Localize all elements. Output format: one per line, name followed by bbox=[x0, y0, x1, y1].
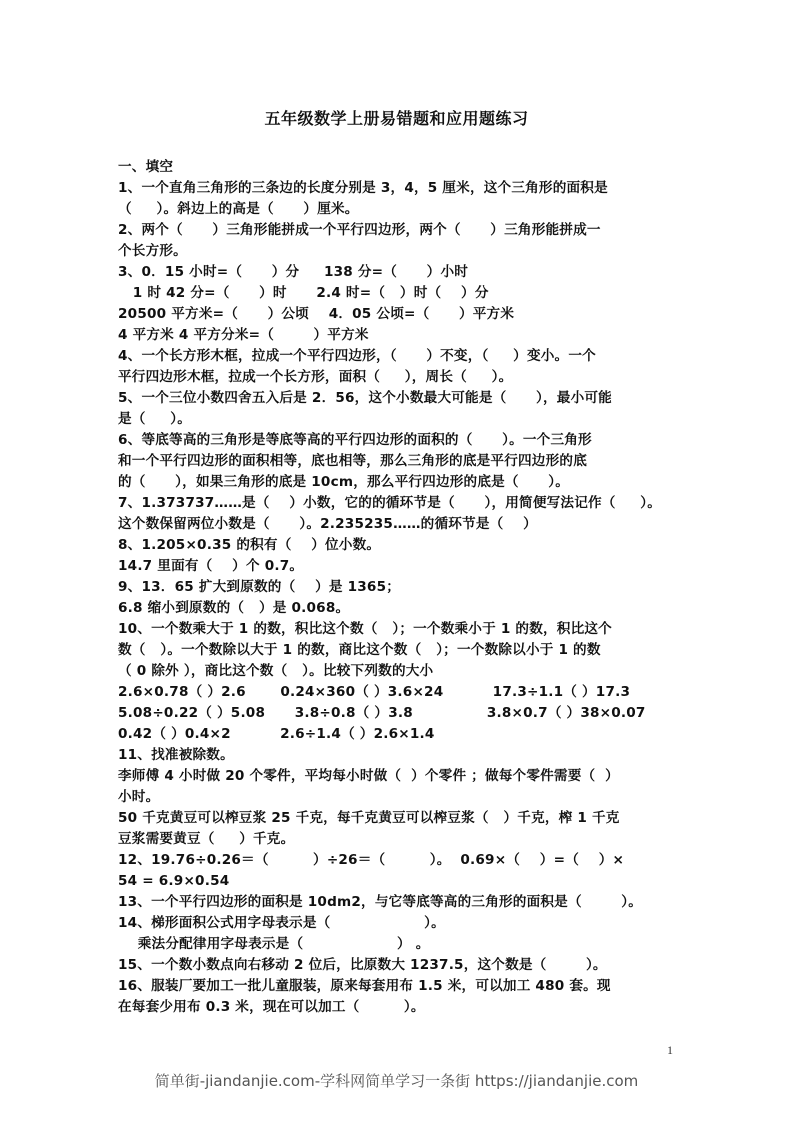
question-line: 14、梯形面积公式用字母表示是（ ）。 bbox=[118, 913, 683, 934]
page-number: 1 bbox=[667, 1043, 673, 1058]
question-line: 乘法分配律用字母表示是（ ） 。 bbox=[118, 934, 683, 955]
question-line: 4 平方米 4 平方分米=（ ）平方米 bbox=[118, 325, 683, 346]
question-line: 这个数保留两位小数是（ ）。2.235235……的循环节是（ ） bbox=[118, 514, 683, 535]
question-line: （ 0 除外 ），商比这个数（ ）。比较下列数的大小 bbox=[118, 661, 683, 682]
question-line: 4、一个长方形木框，拉成一个平行四边形，（ ）不变，（ ）变小。一个 bbox=[118, 346, 683, 367]
question-line: 14.7 里面有（ ）个 0.7。 bbox=[118, 556, 683, 577]
question-line: 个长方形。 bbox=[118, 241, 683, 262]
question-line: 8、1.205×0.35 的积有（ ）位小数。 bbox=[118, 535, 683, 556]
question-line: 小时。 bbox=[118, 787, 683, 808]
question-line: 豆浆需要黄豆（ ）千克。 bbox=[118, 829, 683, 850]
question-line: 9、13．65 扩大到原数的（ ）是 1365； bbox=[118, 577, 683, 598]
question-line: 1、一个直角三角形的三条边的长度分别是 3，4，5 厘米，这个三角形的面积是 bbox=[118, 178, 683, 199]
question-line: 的（ ），如果三角形的底是 10cm，那么平行四边形的底是（ ）。 bbox=[118, 472, 683, 493]
comparison-line: 5.08÷0.22（ ）5.08 3.8÷0.8（ ）3.8 3.8×0.7（ … bbox=[118, 703, 683, 724]
question-line: 在每套少用布 0.3 米，现在可以加工（ ）。 bbox=[118, 997, 683, 1018]
question-line: 54 = 6.9×0.54 bbox=[118, 871, 683, 892]
question-line: 11、找准被除数。 bbox=[118, 745, 683, 766]
question-line: 5、一个三位小数四舍五入后是 2．56，这个小数最大可能是（ ），最小可能 bbox=[118, 388, 683, 409]
question-line: 20500 平方米=（ ）公顷 4．05 公顷=（ ）平方米 bbox=[118, 304, 683, 325]
question-line: 1 时 42 分=（ ）时 2.4 时=（ ）时（ ）分 bbox=[118, 283, 683, 304]
comparison-line: 0.42（ ）0.4×2 2.6÷1.4（ ）2.6×1.4 bbox=[118, 724, 683, 745]
question-line: （ ）。斜边上的高是（ ）厘米。 bbox=[118, 199, 683, 220]
question-line: 3、0．15 小时=（ ）分 138 分=（ ）小时 bbox=[118, 262, 683, 283]
question-line: 10、一个数乘大于 1 的数，积比这个数（ ）；一个数乘小于 1 的数，积比这个 bbox=[118, 619, 683, 640]
question-line: 7、1.373737……是（ ）小数，它的的循环节是（ ），用简便写法记作（ ）… bbox=[118, 493, 683, 514]
question-line: 15、一个数小数点向右移动 2 位后，比原数大 1237.5，这个数是（ ）。 bbox=[118, 955, 683, 976]
question-line: 平行四边形木框，拉成一个长方形，面积（ ），周长（ ）。 bbox=[118, 367, 683, 388]
question-line: 16、服装厂要加工一批儿童服装，原来每套用布 1.5 米，可以加工 480 套。… bbox=[118, 976, 683, 997]
footer-watermark: 简单街-jiandanjie.com-学科网简单学习一条街 https://ji… bbox=[0, 1070, 793, 1091]
question-line: 6.8 缩小到原数的（ ）是 0.068。 bbox=[118, 598, 683, 619]
question-line: 12、19.76÷0.26＝（ ）÷26＝（ ）。 0.69×（ ）=（ ）× bbox=[118, 850, 683, 871]
question-line: 13、一个平行四边形的面积是 10dm2，与它等底等高的三角形的面积是（ ）。 bbox=[118, 892, 683, 913]
document-body: 一、填空 1、一个直角三角形的三条边的长度分别是 3，4，5 厘米，这个三角形的… bbox=[118, 157, 683, 1018]
question-line: 李师傅 4 小时做 20 个零件，平均每小时做（ ）个零件 ；做每个零件需要（ … bbox=[118, 766, 683, 787]
question-line: 6、等底等高的三角形是等底等高的平行四边形的面积的（ ）。一个三角形 bbox=[118, 430, 683, 451]
section-heading: 一、填空 bbox=[118, 157, 683, 178]
question-line: 是（ ）。 bbox=[118, 409, 683, 430]
comparison-line: 2.6×0.78（ ）2.6 0.24×360（ ）3.6×24 17.3÷1.… bbox=[118, 682, 683, 703]
page-title: 五年级数学上册易错题和应用题练习 bbox=[0, 106, 793, 129]
question-line: 2、两个（ ）三角形能拼成一个平行四边形，两个（ ）三角形能拼成一 bbox=[118, 220, 683, 241]
question-line: 数（ ）。一个数除以大于 1 的数，商比这个数（ ）；一个数除以小于 1 的数 bbox=[118, 640, 683, 661]
question-line: 50 千克黄豆可以榨豆浆 25 千克，每千克黄豆可以榨豆浆（ ）千克，榨 1 千… bbox=[118, 808, 683, 829]
question-line: 和一个平行四边形的面积相等，底也相等，那么三角形的底是平行四边形的底 bbox=[118, 451, 683, 472]
